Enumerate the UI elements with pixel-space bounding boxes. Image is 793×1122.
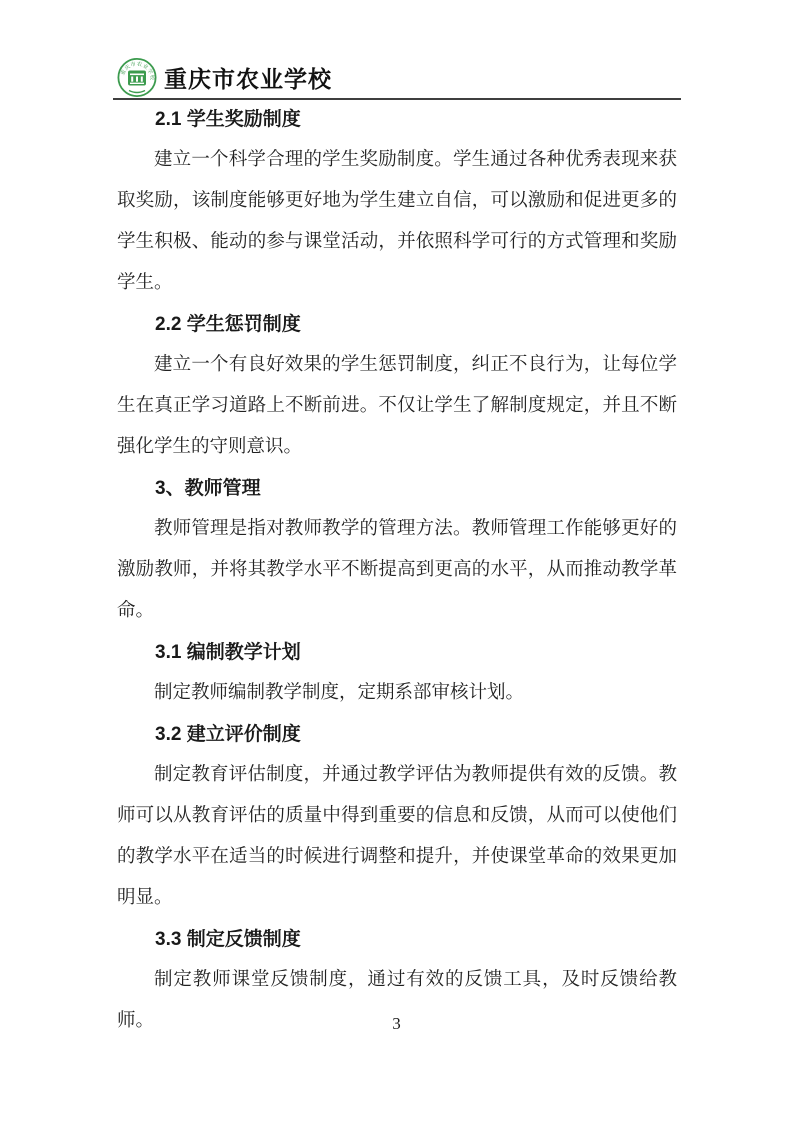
document-body: 2.1 学生奖励制度 建立一个科学合理的学生奖励制度。学生通过各种优秀表现来获取… xyxy=(117,99,677,1042)
section-paragraph-2-1: 建立一个科学合理的学生奖励制度。学生通过各种优秀表现来获取奖励，该制度能够更好地… xyxy=(117,140,677,304)
section-paragraph-3-2: 制定教育评估制度，并通过教学评估为教师提供有效的反馈。教师可以从教育评估的质量中… xyxy=(117,755,677,919)
section-heading-3-2: 3.2 建立评价制度 xyxy=(117,714,677,755)
page-number: 3 xyxy=(0,1012,793,1036)
section-paragraph-3: 教师管理是指对教师教学的管理方法。教师管理工作能够更好的激励教师，并将其教学水平… xyxy=(117,509,677,632)
section-heading-2-2: 2.2 学生惩罚制度 xyxy=(117,304,677,345)
school-seal-icon: 重庆市农业学校 xyxy=(117,57,157,98)
section-heading-2-1: 2.1 学生奖励制度 xyxy=(117,99,677,140)
section-heading-3: 3、教师管理 xyxy=(117,468,677,509)
school-name: 重庆市农业学校 xyxy=(164,61,332,94)
section-paragraph-3-1: 制定教师编制教学制度，定期系部审核计划。 xyxy=(117,673,677,714)
section-heading-3-3: 3.3 制定反馈制度 xyxy=(117,919,677,960)
section-paragraph-2-2: 建立一个有良好效果的学生惩罚制度，纠正不良行为，让每位学生在真正学习道路上不断前… xyxy=(117,345,677,468)
section-heading-3-1: 3.1 编制教学计划 xyxy=(117,632,677,673)
page-header: 重庆市农业学校 重庆市农业学校 xyxy=(117,56,332,98)
document-page: { "header": { "school_name": "重庆市农业学校", … xyxy=(0,0,793,1122)
